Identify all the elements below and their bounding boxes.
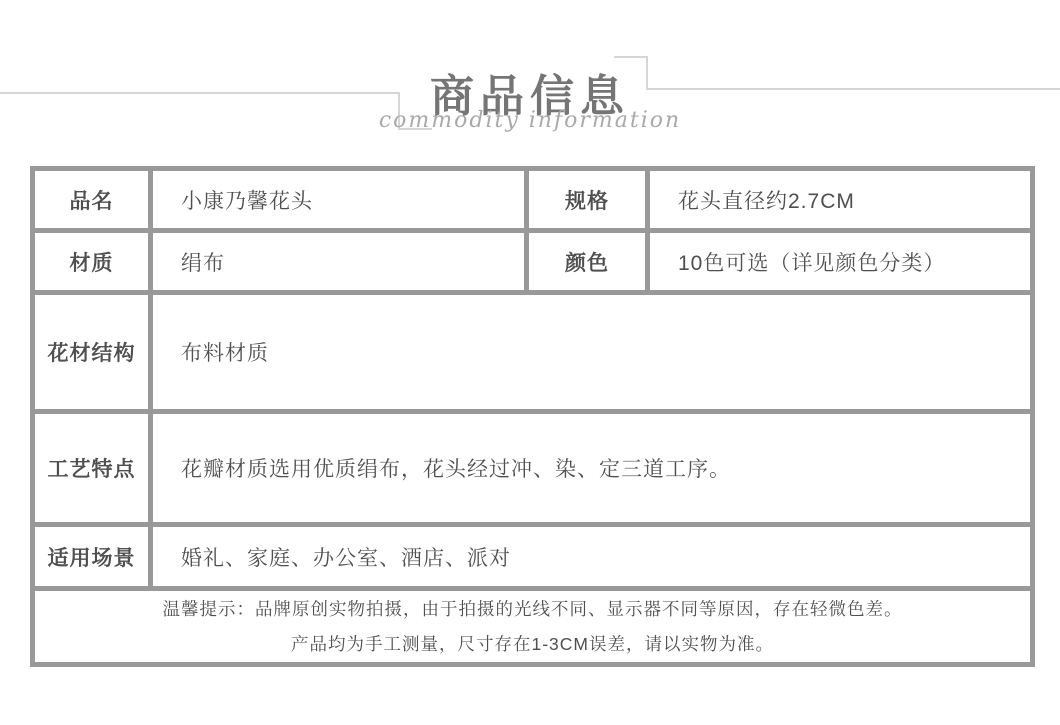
table-row-scenes: 适用场景 婚礼、家庭、办公室、酒店、派对 xyxy=(33,525,1033,589)
note-line-2: 产品均为手工测量，尺寸存在1-3CM误差，请以实物为准。 xyxy=(35,627,1030,662)
label-flower-structure: 花材结构 xyxy=(33,293,151,412)
value-specification: 花头直径约2.7CM xyxy=(648,169,1033,231)
page-header: 商品信息 commodity information xyxy=(0,0,1060,160)
page-subtitle: commodity information xyxy=(0,108,1060,133)
label-color: 颜色 xyxy=(527,231,648,293)
value-usage-scenes: 婚礼、家庭、办公室、酒店、派对 xyxy=(151,525,1033,589)
value-product-name: 小康乃馨花头 xyxy=(151,169,527,231)
label-craft-features: 工艺特点 xyxy=(33,412,151,525)
note-cell: 温馨提示：品牌原创实物拍摄，由于拍摄的光线不同、显示器不同等原因，存在轻微色差。… xyxy=(33,589,1033,665)
table-row-name-spec: 品名 小康乃馨花头 规格 花头直径约2.7CM xyxy=(33,169,1033,231)
label-usage-scenes: 适用场景 xyxy=(33,525,151,589)
table-row-note: 温馨提示：品牌原创实物拍摄，由于拍摄的光线不同、显示器不同等原因，存在轻微色差。… xyxy=(33,589,1033,665)
table-row-material-color: 材质 绢布 颜色 10色可选（详见颜色分类） xyxy=(33,231,1033,293)
value-material: 绢布 xyxy=(151,231,527,293)
decor-line-right-step xyxy=(614,56,648,58)
product-info-page: 商品信息 commodity information 品名 小康乃馨花头 规格 … xyxy=(0,0,1060,725)
value-flower-structure: 布料材质 xyxy=(151,293,1033,412)
note-line-1: 温馨提示：品牌原创实物拍摄，由于拍摄的光线不同、显示器不同等原因，存在轻微色差。 xyxy=(35,592,1030,627)
label-material: 材质 xyxy=(33,231,151,293)
product-info-table: 品名 小康乃馨花头 规格 花头直径约2.7CM 材质 绢布 颜色 10色可选（详… xyxy=(30,166,1035,667)
table-row-craft: 工艺特点 花瓣材质选用优质绢布，花头经过冲、染、定三道工序。 xyxy=(33,412,1033,525)
value-color: 10色可选（详见颜色分类） xyxy=(648,231,1033,293)
value-craft-features: 花瓣材质选用优质绢布，花头经过冲、染、定三道工序。 xyxy=(151,412,1033,525)
table-row-structure: 花材结构 布料材质 xyxy=(33,293,1033,412)
label-specification: 规格 xyxy=(527,169,648,231)
label-product-name: 品名 xyxy=(33,169,151,231)
